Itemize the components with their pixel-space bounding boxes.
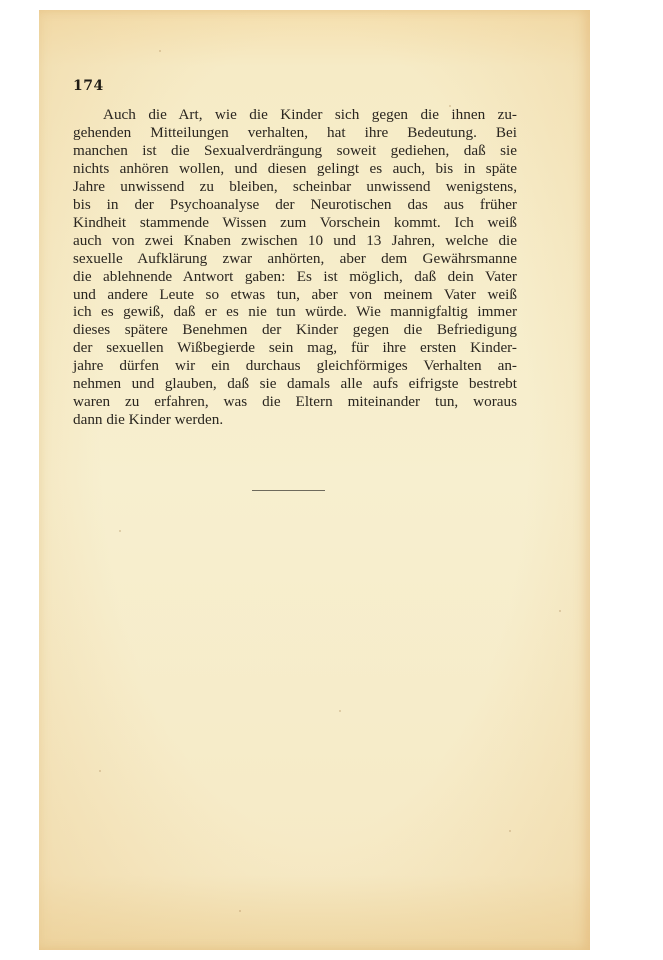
text-line: manchen ist die Sexualverdrängung soweit… xyxy=(73,142,517,160)
text-line: auch von zwei Knaben zwischen 10 und 13 … xyxy=(73,232,517,250)
paper-speck xyxy=(119,530,121,532)
paper-speck xyxy=(99,770,101,772)
paper-speck xyxy=(339,710,341,712)
paper-speck xyxy=(239,910,241,912)
paper-speck xyxy=(509,830,511,832)
text-line: der sexuellen Wißbegierde sein mag, für … xyxy=(73,339,517,357)
text-line: dann die Kinder werden. xyxy=(73,411,517,429)
text-line: nehmen und glauben, daß sie damals alle … xyxy=(73,375,517,393)
paper-speck xyxy=(159,50,161,52)
text-line: und andere Leute so etwas tun, aber von … xyxy=(73,286,517,304)
text-line: dieses spätere Benehmen der Kinder gegen… xyxy=(73,321,517,339)
page-number: 174 xyxy=(73,78,104,94)
text-line: jahre dürfen wir ein durchaus gleichförm… xyxy=(73,357,517,375)
text-line: waren zu erfahren, was die Eltern mitein… xyxy=(73,393,517,411)
text-line: gehenden Mitteilungen verhalten, hat ihr… xyxy=(73,124,517,142)
text-line: Auch die Art, wie die Kinder sich gegen … xyxy=(73,106,517,124)
text-line: Jahre unwissend zu bleiben, scheinbar un… xyxy=(73,178,517,196)
paragraph: Auch die Art, wie die Kinder sich gegen … xyxy=(73,106,517,429)
book-page: 174 Auch die Art, wie die Kinder sich ge… xyxy=(39,10,590,950)
text-line: bis in der Psychoanalyse der Neurotische… xyxy=(73,196,517,214)
text-line: nichts anhören wollen, und diesen geling… xyxy=(73,160,517,178)
text-line: Kindheit stammende Wissen zum Vorschein … xyxy=(73,214,517,232)
paper-speck xyxy=(559,610,561,612)
section-divider xyxy=(252,490,325,491)
text-line: die ablehnende Antwort gaben: Es ist mög… xyxy=(73,268,517,286)
text-line: sexuelle Aufklärung zwar anhörten, aber … xyxy=(73,250,517,268)
text-line: ich es gewiß, daß er es nie tun würde. W… xyxy=(73,303,517,321)
